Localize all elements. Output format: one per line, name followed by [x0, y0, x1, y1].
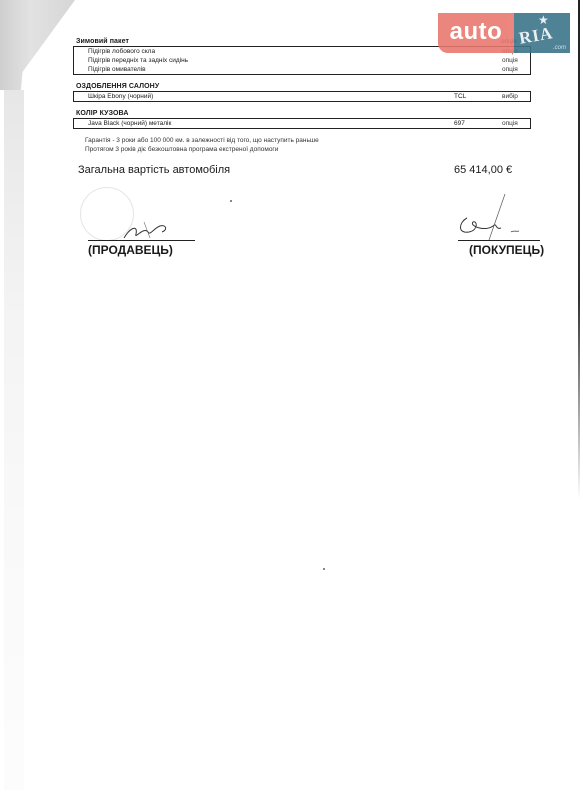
body-color-box: Java Black (чорний) металік 697 опція — [73, 118, 531, 129]
buyer-signature-icon — [455, 192, 530, 242]
scan-speck — [323, 568, 325, 570]
option-type: опція — [502, 119, 518, 128]
autoria-logo-auto: auto — [438, 13, 514, 53]
table-row: Підігрів передніх та задніх сидінь опція — [74, 56, 530, 65]
seller-signature-icon — [120, 218, 175, 242]
interior-box: Шкіра Ebony (чорний) TCL вибір — [73, 91, 531, 102]
option-code: TCL — [454, 92, 466, 101]
option-name: Підігрів передніх та задніх сидінь — [88, 56, 188, 65]
option-name: Підігрів омивателів — [88, 65, 146, 74]
scan-shadow-corner — [0, 0, 75, 90]
option-name: Підігрів лобового скла — [88, 47, 155, 56]
option-type: вибір — [502, 92, 518, 101]
seller-signature-line — [88, 240, 195, 241]
ria-text: RIA — [518, 23, 555, 49]
option-type: опція — [502, 56, 518, 65]
table-row: Підігрів омивателів опція — [74, 65, 530, 74]
table-row: Шкіра Ebony (чорний) TCL вибір — [74, 92, 530, 101]
section-title-body-color: КОЛІР КУЗОВА — [76, 110, 129, 117]
table-row: Java Black (чорний) металік 697 опція — [74, 119, 530, 128]
buyer-signature-line — [458, 240, 540, 241]
option-name: Java Black (чорний) металік — [88, 119, 171, 128]
warranty-note: Гарантія - 3 роки або 100 000 км. в зале… — [85, 137, 319, 144]
option-type: опція — [502, 65, 518, 74]
seller-label: (ПРОДАВЕЦЬ) — [88, 243, 173, 257]
autoria-logo-ria: ★ RIA .com — [514, 13, 570, 53]
total-value: 65 414,00 € — [454, 164, 512, 176]
scan-shadow-strip — [4, 90, 24, 790]
section-title-winter-package: Зимовий пакет — [76, 38, 129, 45]
page-edge — [578, 0, 580, 500]
assistance-note: Протягом 3 років діє безкоштовна програм… — [85, 146, 278, 153]
section-title-interior: ОЗДОБЛЕННЯ САЛОНУ — [76, 83, 159, 90]
total-label: Загальна вартість автомобіля — [78, 164, 230, 176]
option-name: Шкіра Ebony (чорний) — [88, 92, 153, 101]
scan-speck — [230, 200, 232, 202]
ria-domain: .com — [553, 45, 566, 51]
option-code: 697 — [454, 119, 465, 128]
buyer-label: (ПОКУПЕЦЬ) — [469, 243, 544, 257]
